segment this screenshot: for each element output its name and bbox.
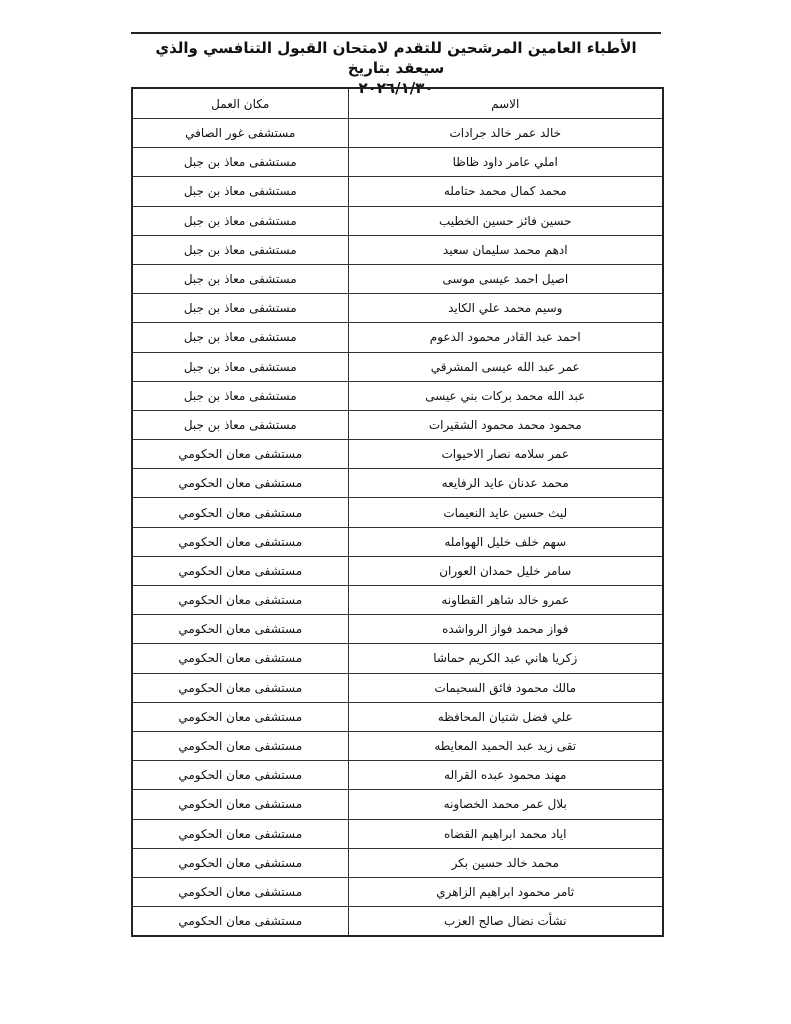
table-row: حسين فائز حسين الخطيبمستشفى معاذ بن جبل bbox=[132, 206, 663, 235]
cell-workplace: مستشفى غور الصافي bbox=[132, 119, 348, 148]
table-row: ادهم محمد سليمان سعيدمستشفى معاذ بن جبل bbox=[132, 235, 663, 264]
cell-name: محمد خالد حسين بكر bbox=[348, 848, 663, 877]
table-row: مهند محمود عبده القرالهمستشفى معان الحكو… bbox=[132, 761, 663, 790]
table-row: فواز محمد فواز الرواشدهمستشفى معان الحكو… bbox=[132, 615, 663, 644]
table-row: احمد عبد القادر محمود الدعوممستشفى معاذ … bbox=[132, 323, 663, 352]
cell-workplace: مستشفى معان الحكومي bbox=[132, 615, 348, 644]
cell-name: ادهم محمد سليمان سعيد bbox=[348, 235, 663, 264]
table-row: اصيل احمد عيسى موسىمستشفى معاذ بن جبل bbox=[132, 264, 663, 293]
cell-name: عمر عبد الله عيسى المشرقي bbox=[348, 352, 663, 381]
cell-workplace: مستشفى معان الحكومي bbox=[132, 907, 348, 937]
table-row: املي عامر داود ظاظامستشفى معاذ بن جبل bbox=[132, 148, 663, 177]
cell-workplace: مستشفى معان الحكومي bbox=[132, 644, 348, 673]
cell-name: عبد الله محمد بركات بني عيسى bbox=[348, 381, 663, 410]
table-row: بلال عمر محمد الخصاونهمستشفى معان الحكوم… bbox=[132, 790, 663, 819]
cell-workplace: مستشفى معان الحكومي bbox=[132, 527, 348, 556]
top-rule bbox=[131, 32, 661, 34]
table-body: خالد عمر خالد جراداتمستشفى غور الصافيامل… bbox=[132, 119, 663, 937]
table-row: علي فضل شتيان المحافظهمستشفى معان الحكوم… bbox=[132, 702, 663, 731]
cell-name: محمد كمال محمد حتامله bbox=[348, 177, 663, 206]
cell-workplace: مستشفى معان الحكومي bbox=[132, 819, 348, 848]
cell-name: تقى زيد عبد الحميد المعايطه bbox=[348, 731, 663, 760]
cell-name: وسيم محمد علي الكايد bbox=[348, 294, 663, 323]
cell-workplace: مستشفى معان الحكومي bbox=[132, 498, 348, 527]
cell-workplace: مستشفى معان الحكومي bbox=[132, 469, 348, 498]
cell-name: ليث حسين عايد النعيمات bbox=[348, 498, 663, 527]
cell-name: بلال عمر محمد الخصاونه bbox=[348, 790, 663, 819]
table-row: عمر عبد الله عيسى المشرقيمستشفى معاذ بن … bbox=[132, 352, 663, 381]
cell-name: خالد عمر خالد جرادات bbox=[348, 119, 663, 148]
table-row: ليث حسين عايد النعيماتمستشفى معان الحكوم… bbox=[132, 498, 663, 527]
cell-workplace: مستشفى معاذ بن جبل bbox=[132, 206, 348, 235]
cell-workplace: مستشفى معان الحكومي bbox=[132, 586, 348, 615]
cell-workplace: مستشفى معاذ بن جبل bbox=[132, 148, 348, 177]
table-row: سامر خليل حمدان العورانمستشفى معان الحكو… bbox=[132, 556, 663, 585]
table-row: عمرو خالد شاهر القطاونهمستشفى معان الحكو… bbox=[132, 586, 663, 615]
cell-name: ثامر محمود ابراهيم الزاهري bbox=[348, 877, 663, 906]
cell-name: نشأت نضال صالح العزب bbox=[348, 907, 663, 937]
cell-name: مهند محمود عبده القراله bbox=[348, 761, 663, 790]
table-row: محمد كمال محمد حتاملهمستشفى معاذ بن جبل bbox=[132, 177, 663, 206]
cell-name: زكريا هاني عبد الكريم حماشا bbox=[348, 644, 663, 673]
cell-name: محمود محمد محمود الشقيرات bbox=[348, 410, 663, 439]
cell-workplace: مستشفى معاذ بن جبل bbox=[132, 323, 348, 352]
cell-workplace: مستشفى معان الحكومي bbox=[132, 877, 348, 906]
table-row: مالك محمود فائق السحيماتمستشفى معان الحك… bbox=[132, 673, 663, 702]
table-row: ثامر محمود ابراهيم الزاهريمستشفى معان ال… bbox=[132, 877, 663, 906]
title-text: الأطباء العامين المرشحين للتقدم لامتحان … bbox=[155, 39, 636, 77]
cell-name: مالك محمود فائق السحيمات bbox=[348, 673, 663, 702]
cell-name: عمرو خالد شاهر القطاونه bbox=[348, 586, 663, 615]
candidates-table: الاسم مكان العمل خالد عمر خالد جراداتمست… bbox=[131, 87, 664, 937]
cell-name: املي عامر داود ظاظا bbox=[348, 148, 663, 177]
cell-workplace: مستشفى معان الحكومي bbox=[132, 790, 348, 819]
table-row: سهم خلف خليل الهواملهمستشفى معان الحكومي bbox=[132, 527, 663, 556]
cell-workplace: مستشفى معان الحكومي bbox=[132, 761, 348, 790]
cell-name: علي فضل شتيان المحافظه bbox=[348, 702, 663, 731]
table-header-row: الاسم مكان العمل bbox=[132, 88, 663, 119]
cell-workplace: مستشفى معاذ بن جبل bbox=[132, 410, 348, 439]
table-row: زكريا هاني عبد الكريم حماشامستشفى معان ا… bbox=[132, 644, 663, 673]
cell-name: محمد عدنان عايد الرفايعه bbox=[348, 469, 663, 498]
cell-name: احمد عبد القادر محمود الدعوم bbox=[348, 323, 663, 352]
cell-name: اصيل احمد عيسى موسى bbox=[348, 264, 663, 293]
cell-workplace: مستشفى معاذ بن جبل bbox=[132, 264, 348, 293]
cell-name: سهم خلف خليل الهوامله bbox=[348, 527, 663, 556]
table-row: عبد الله محمد بركات بني عيسىمستشفى معاذ … bbox=[132, 381, 663, 410]
table-row: محمود محمد محمود الشقيراتمستشفى معاذ بن … bbox=[132, 410, 663, 439]
cell-workplace: مستشفى معان الحكومي bbox=[132, 702, 348, 731]
table-row: عمر سلامه نصار الاحيواتمستشفى معان الحكو… bbox=[132, 440, 663, 469]
cell-workplace: مستشفى معاذ بن جبل bbox=[132, 294, 348, 323]
cell-name: حسين فائز حسين الخطيب bbox=[348, 206, 663, 235]
cell-workplace: مستشفى معان الحكومي bbox=[132, 673, 348, 702]
table-row: محمد خالد حسين بكرمستشفى معان الحكومي bbox=[132, 848, 663, 877]
table-row: نشأت نضال صالح العزبمستشفى معان الحكومي bbox=[132, 907, 663, 937]
cell-workplace: مستشفى معان الحكومي bbox=[132, 848, 348, 877]
cell-workplace: مستشفى معان الحكومي bbox=[132, 440, 348, 469]
cell-name: فواز محمد فواز الرواشده bbox=[348, 615, 663, 644]
cell-name: عمر سلامه نصار الاحيوات bbox=[348, 440, 663, 469]
cell-name: سامر خليل حمدان العوران bbox=[348, 556, 663, 585]
table-row: تقى زيد عبد الحميد المعايطهمستشفى معان ا… bbox=[132, 731, 663, 760]
cell-workplace: مستشفى معاذ بن جبل bbox=[132, 177, 348, 206]
cell-workplace: مستشفى معاذ بن جبل bbox=[132, 352, 348, 381]
table-row: خالد عمر خالد جراداتمستشفى غور الصافي bbox=[132, 119, 663, 148]
table-row: محمد عدنان عايد الرفايعهمستشفى معان الحك… bbox=[132, 469, 663, 498]
header-workplace: مكان العمل bbox=[132, 88, 348, 119]
header-name: الاسم bbox=[348, 88, 663, 119]
cell-workplace: مستشفى معاذ بن جبل bbox=[132, 235, 348, 264]
cell-workplace: مستشفى معاذ بن جبل bbox=[132, 381, 348, 410]
table-row: اياد محمد ابراهيم القضاهمستشفى معان الحك… bbox=[132, 819, 663, 848]
cell-workplace: مستشفى معان الحكومي bbox=[132, 731, 348, 760]
cell-workplace: مستشفى معان الحكومي bbox=[132, 556, 348, 585]
table-row: وسيم محمد علي الكايدمستشفى معاذ بن جبل bbox=[132, 294, 663, 323]
cell-name: اياد محمد ابراهيم القضاه bbox=[348, 819, 663, 848]
